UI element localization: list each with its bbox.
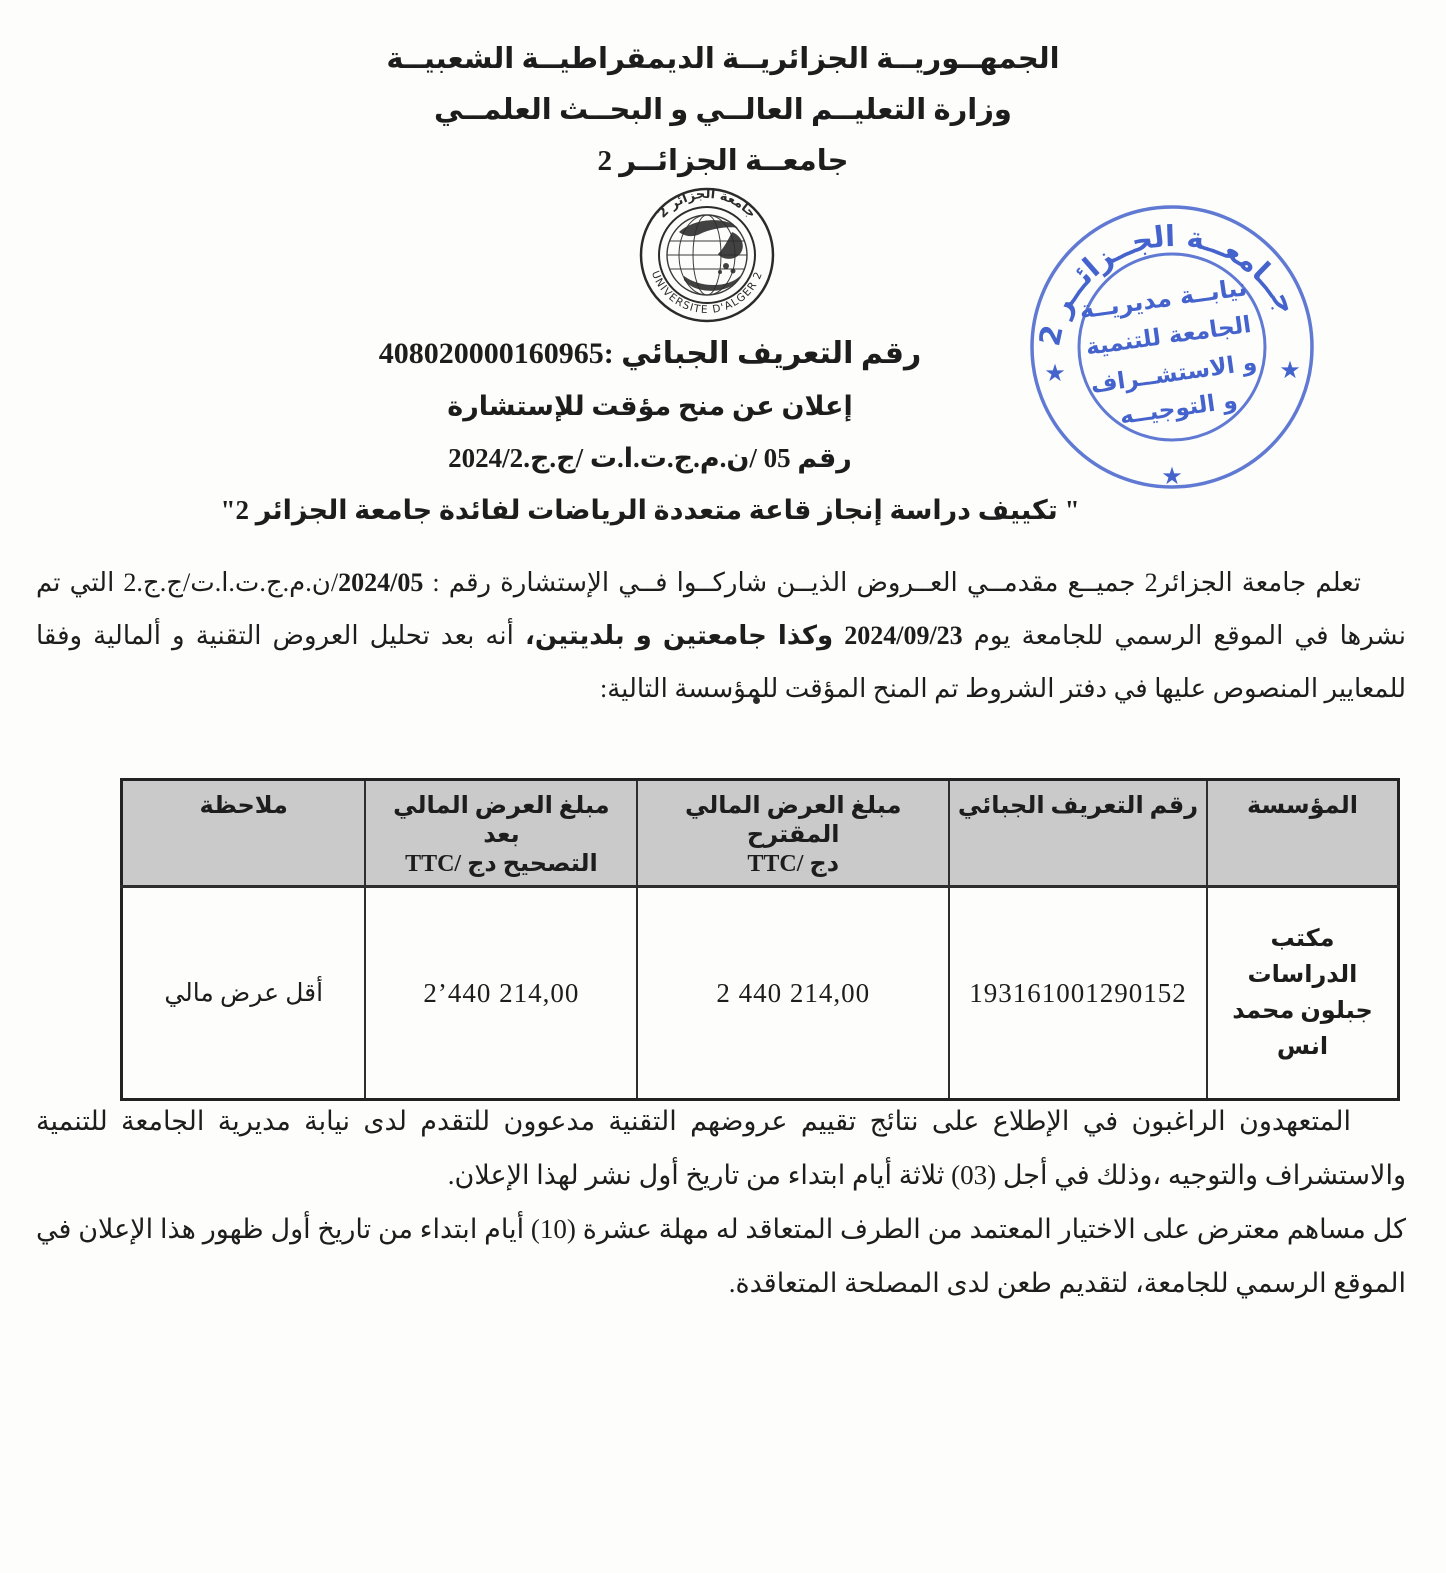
col-header-proposed-l2: دج /TTC <box>644 849 942 878</box>
announcement-line: إعلان عن منح مؤقت للإستشارة <box>0 380 1300 432</box>
intro-part1: تعلم جامعة الجزائر2 جميــع مقدمــي العــ… <box>423 568 1361 597</box>
award-table: المؤسسة رقم التعريف الجبائي مبلغ العرض ا… <box>120 778 1400 1101</box>
notice-technical-results: المتعهدون الراغبون في الإطلاع على نتائج … <box>36 1094 1406 1202</box>
col-header-institution-l1: المؤسسة <box>1214 791 1391 820</box>
cell-tax-id: 193161001290152 <box>949 887 1207 1100</box>
intro-municipalities-bold: وكذا جامعتين و بلديتين، <box>525 621 844 650</box>
seal-top-arc-text: جامعة الجزائر 2 <box>655 187 759 221</box>
col-header-corrected-l2: التصحيح دج /TTC <box>372 849 630 878</box>
subject-line: " تكييف دراسة إنجاز قاعة متعددة الرياضات… <box>0 484 1300 536</box>
seal-bottom-arc-text: UNIVERSITE D'ALGER 2 <box>649 269 765 316</box>
institution-name-line2: جبلون محمد انس <box>1214 993 1391 1065</box>
header-ministry-line: وزارة التعليــم العالــي و البحــث العلم… <box>0 85 1446 136</box>
cell-note: أقل عرض مالي <box>122 887 366 1100</box>
col-header-institution: المؤسسة <box>1207 780 1399 887</box>
tax-id-value: 408020000160965 <box>379 337 604 370</box>
institution-name-line1: مكتب الدراسات <box>1214 921 1391 993</box>
col-header-proposed-l1: مبلغ العرض المالي المقترح <box>644 791 942 849</box>
col-header-proposed-amount: مبلغ العرض المالي المقترح دج /TTC <box>637 780 949 887</box>
meta-block: رقم التعريف الجبائي :408020000160965 إعل… <box>0 327 1300 536</box>
intro-paragraph: تعلم جامعة الجزائر2 جميــع مقدمــي العــ… <box>36 556 1406 715</box>
university-seal-logo: جامعة الجزائر 2 UNIVERSITE D'ALGER 2 <box>634 184 780 330</box>
col-header-corrected-amount: مبلغ العرض المالي بعد التصحيح دج /TTC <box>365 780 637 887</box>
intro-date-bold: 2024/09/23 <box>844 621 962 650</box>
tax-id-label: رقم التعريف الجبائي : <box>604 337 922 370</box>
notice-appeal-period: كل مساهم معترض على الاختيار المعتمد من ا… <box>36 1202 1406 1310</box>
col-header-note-l1: ملاحظة <box>129 791 358 820</box>
cell-institution: مكتب الدراسات جبلون محمد انس <box>1207 887 1399 1100</box>
header-university-line: جامعــة الجزائــر 2 <box>0 136 1446 187</box>
header-republic-line: الجمهــوريــة الجزائريــة الديمقراطيــة … <box>0 34 1446 85</box>
cell-proposed-amount: 2 440 214,00 <box>637 887 949 1100</box>
award-table-header: المؤسسة رقم التعريف الجبائي مبلغ العرض ا… <box>122 780 1399 887</box>
col-header-note: ملاحظة <box>122 780 366 887</box>
document-header: الجمهــوريــة الجزائريــة الديمقراطيــة … <box>0 34 1446 187</box>
document-page: الجمهــوريــة الجزائريــة الديمقراطيــة … <box>0 0 1446 1573</box>
ink-dot-artifact <box>753 697 760 704</box>
reference-line: رقم 05 /ن.م.ج.ت.ا.ت /ج.ج.2024/2 <box>0 432 1300 484</box>
cell-corrected-amount: 2’440 214,00 <box>365 887 637 1100</box>
tax-id-line: رقم التعريف الجبائي :408020000160965 <box>0 327 1300 380</box>
col-header-corrected-l1: مبلغ العرض المالي بعد <box>372 791 630 849</box>
table-row: مكتب الدراسات جبلون محمد انس 19316100129… <box>122 887 1399 1100</box>
intro-reference-bold: 2024/05 <box>338 568 423 597</box>
col-header-tax-id-l1: رقم التعريف الجبائي <box>956 791 1200 820</box>
col-header-tax-id: رقم التعريف الجبائي <box>949 780 1207 887</box>
